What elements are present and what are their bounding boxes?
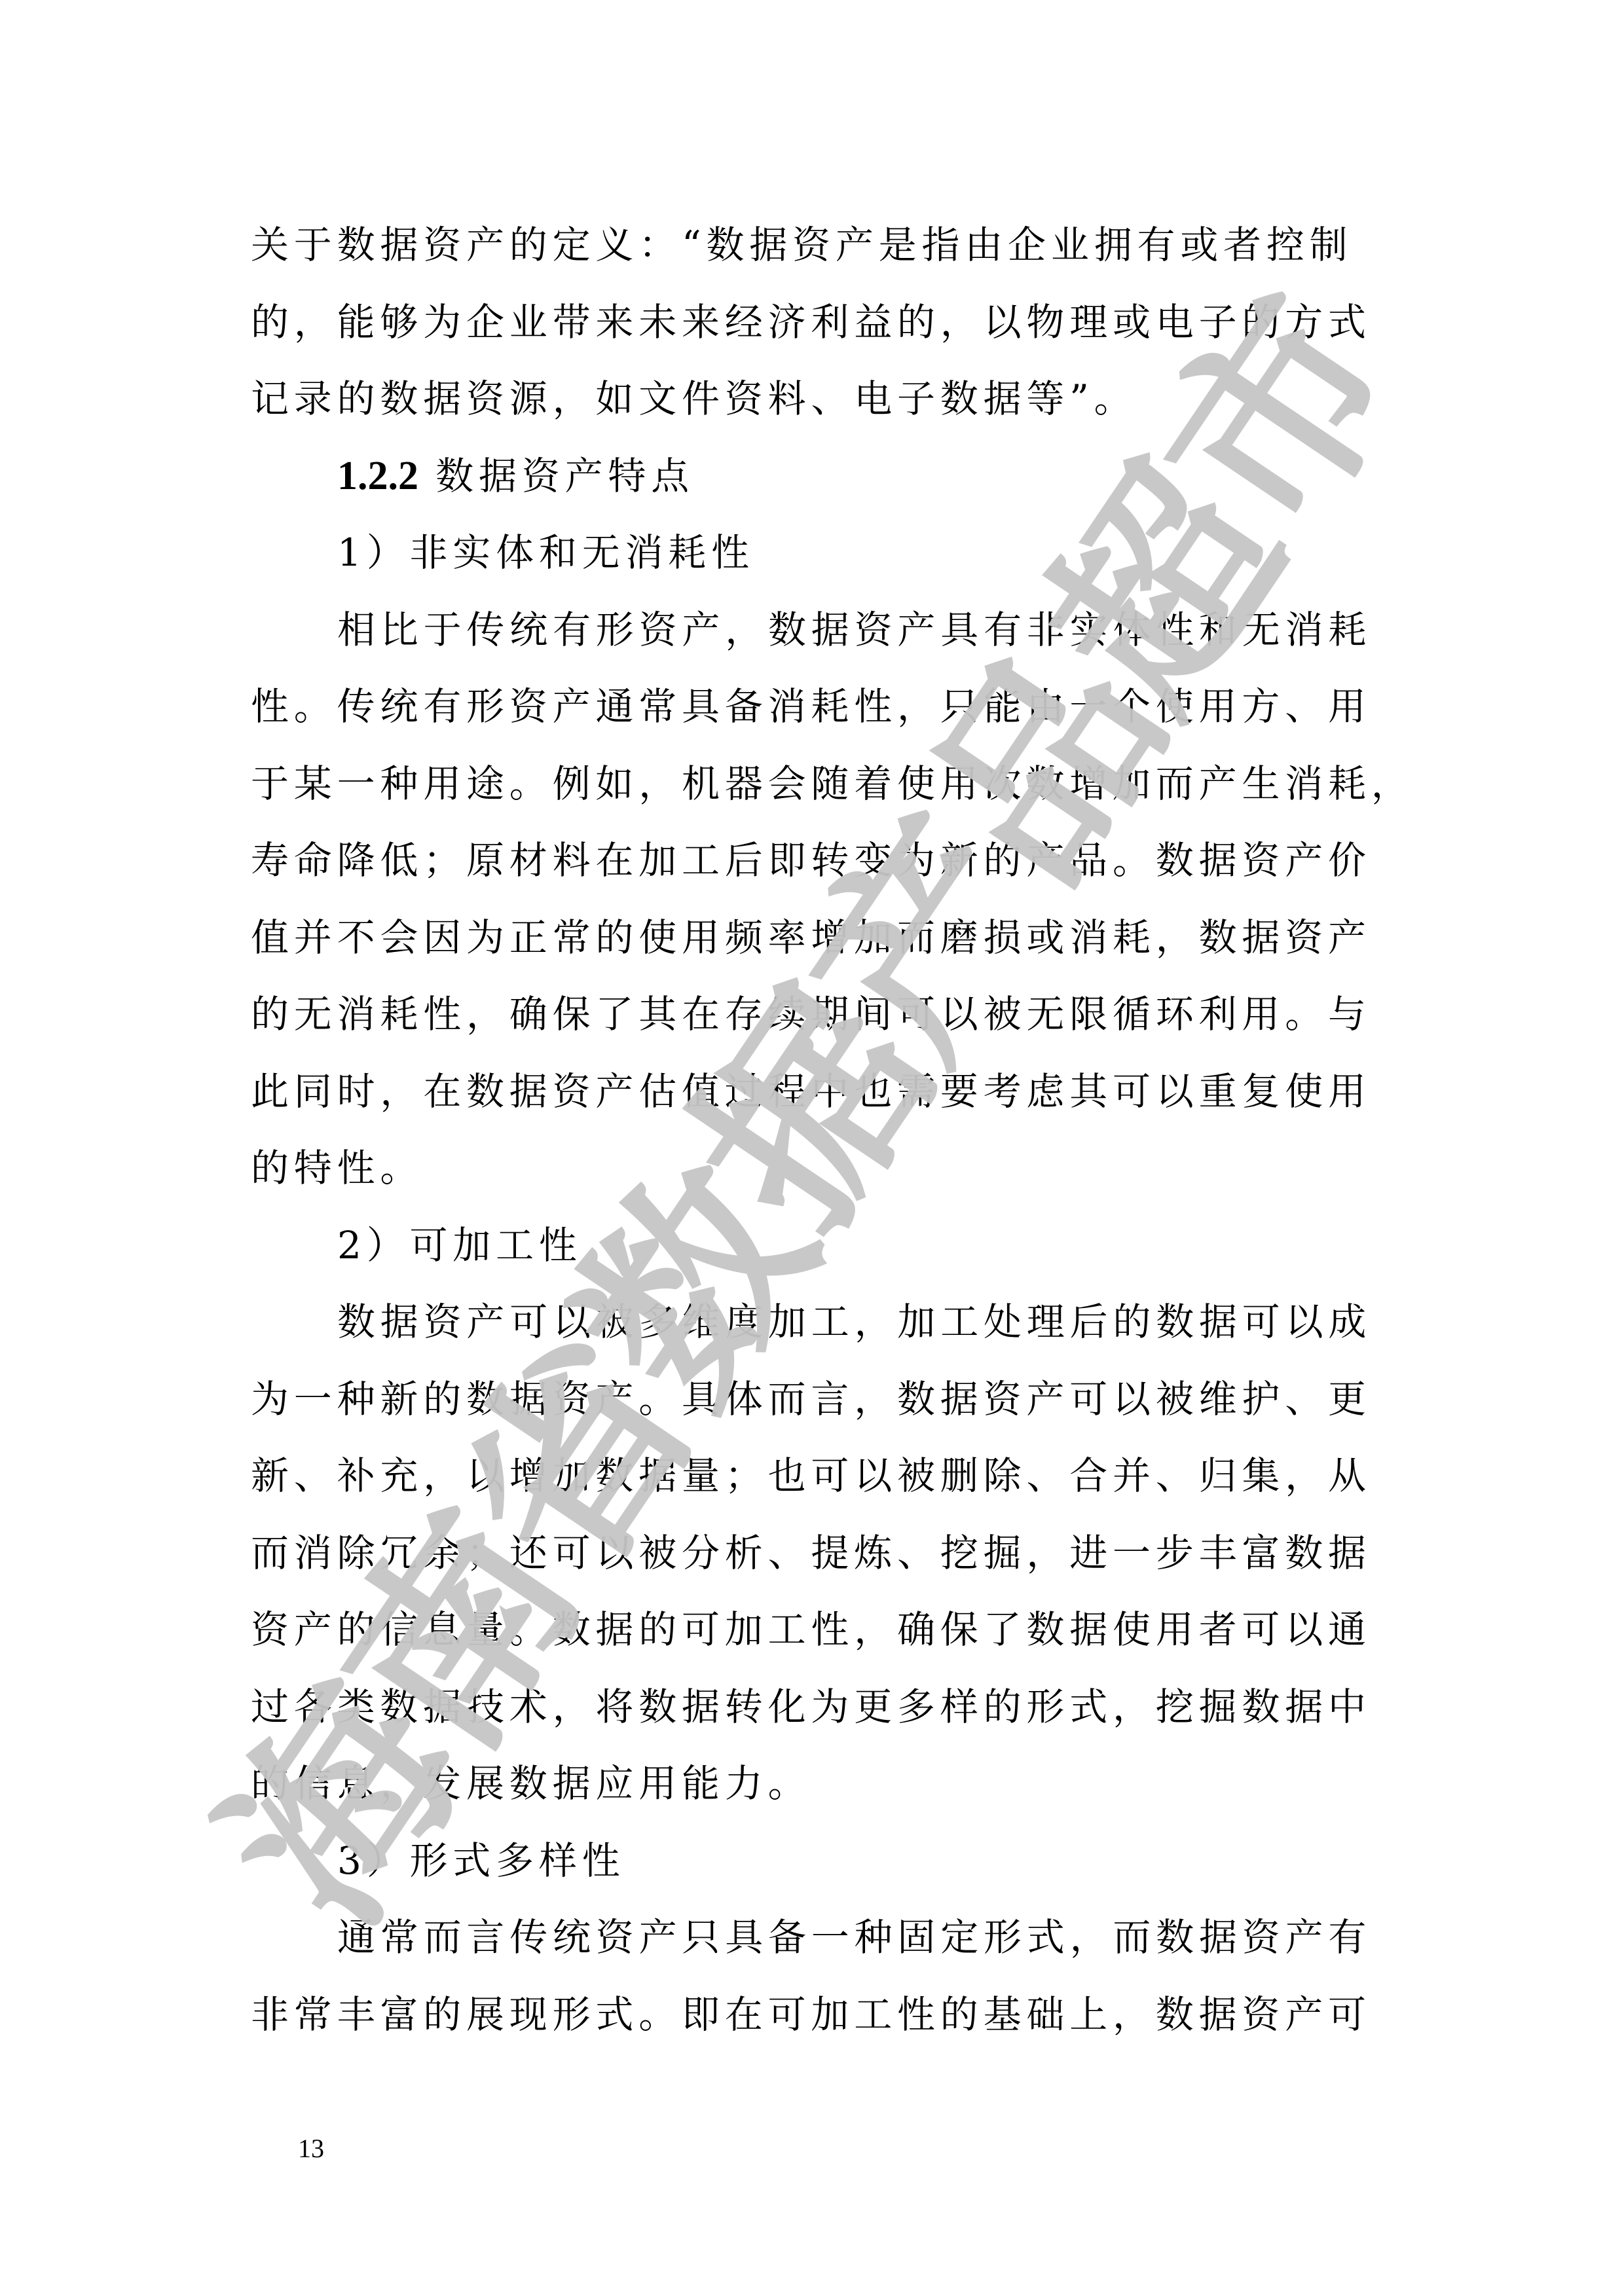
document-page: 关于数据资产的定义：“数据资产是指由企业拥有或者控制 的，能够为企业带来未来经济… (0, 0, 1624, 2296)
document-body: 关于数据资产的定义：“数据资产是指由企业拥有或者控制 的，能够为企业带来未来经济… (251, 216, 1377, 2062)
paragraph-line: 为一种新的数据资产。具体而言，数据资产可以被维护、更 (251, 1370, 1377, 1448)
subsection-heading: 2）可加工性 (251, 1216, 1377, 1294)
paragraph-line: 过各类数据技术，将数据转化为更多样的形式，挖掘数据中 (251, 1678, 1377, 1755)
paragraph-line: 的信息，发展数据应用能力。 (251, 1755, 1377, 1832)
paragraph-line: 新、补充，以增加数据量；也可以被删除、合并、归集，从 (251, 1447, 1377, 1524)
paragraph-line: 的特性。 (251, 1139, 1377, 1216)
paragraph-line: 相比于传统有形资产，数据资产具有非实体性和无消耗 (251, 601, 1377, 678)
paragraph-line: 值并不会因为正常的使用频率增加而磨损或消耗，数据资产 (251, 909, 1377, 986)
subsection-heading: 3）形式多样性 (251, 1832, 1377, 1909)
paragraph-line: 于某一种用途。例如，机器会随着使用次数增加而产生消耗， (251, 755, 1377, 832)
paragraph-line: 记录的数据资源，如文件资料、电子数据等”。 (251, 370, 1377, 447)
paragraph-line: 的，能够为企业带来未来经济利益的，以物理或电子的方式 (251, 293, 1377, 371)
paragraph-line: 寿命降低；原材料在加工后即转变为新的产品。数据资产价 (251, 831, 1377, 909)
section-heading: 1.2.2 数据资产特点 (251, 447, 1377, 524)
paragraph-line: 性。传统有形资产通常具备消耗性，只能由一个使用方、用 (251, 678, 1377, 755)
subsection-heading: 1）非实体和无消耗性 (251, 524, 1377, 601)
paragraph-line: 资产的信息量。数据的可加工性，确保了数据使用者可以通 (251, 1601, 1377, 1678)
section-number: 1.2.2 (337, 454, 418, 498)
paragraph-line: 的无消耗性，确保了其在存续期间可以被无限循环利用。与 (251, 985, 1377, 1063)
paragraph-line: 数据资产可以被多维度加工，加工处理后的数据可以成 (251, 1293, 1377, 1370)
paragraph-line: 此同时，在数据资产估值过程中也需要考虑其可以重复使用 (251, 1063, 1377, 1140)
paragraph-line: 通常而言传统资产只具备一种固定形式，而数据资产有 (251, 1908, 1377, 1986)
paragraph-line: 关于数据资产的定义：“数据资产是指由企业拥有或者控制 (251, 216, 1377, 293)
paragraph-line: 而消除冗余；还可以被分析、提炼、挖掘，进一步丰富数据 (251, 1524, 1377, 1601)
page-number: 13 (298, 2133, 324, 2164)
section-title: 数据资产特点 (418, 454, 694, 498)
paragraph-line: 非常丰富的展现形式。即在可加工性的基础上，数据资产可 (251, 1986, 1377, 2063)
